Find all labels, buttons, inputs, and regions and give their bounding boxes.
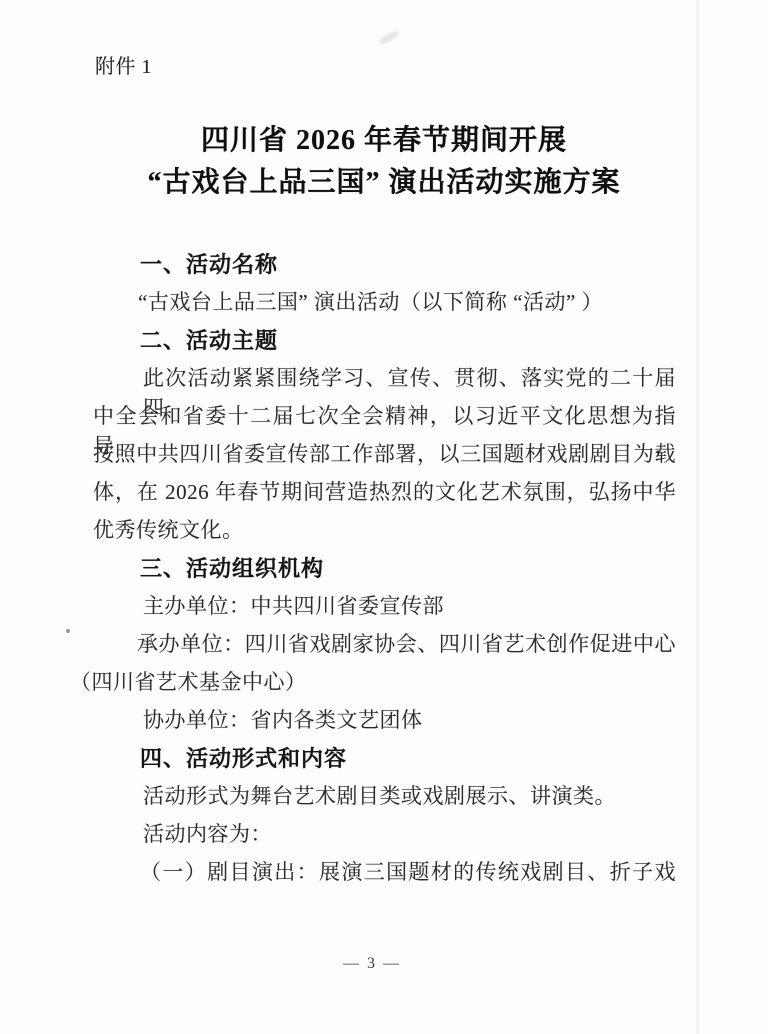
section-3-heading: 三、活动组织机构 (140, 552, 324, 583)
co-organizer-unit-line: 协办单位：省内各类文艺团体 (143, 704, 423, 734)
attachment-label: 附件 1 (95, 50, 152, 79)
document-title-line1: 四川省 2026 年春节期间开展 (40, 118, 728, 158)
organizer-unit-line: 承办单位：四川省戏剧家协会、四川省艺术创作促进中心 (137, 628, 676, 658)
activity-content-item-1-line: （一）剧目演出：展演三国题材的传统戏剧目、折子戏 (140, 856, 676, 886)
host-unit-line: 主办单位：中共四川省委宣传部 (143, 590, 444, 620)
section-1-body: “古戏台上品三国” 演出活动（以下简称 “活动” ） (138, 286, 603, 316)
page-number: — 3 — (0, 955, 744, 973)
document-page: 附件 1 四川省 2026 年春节期间开展 “古戏台上品三国” 演出活动实施方案… (0, 0, 768, 1034)
document-title-line2: “古戏台上品三国” 演出活动实施方案 (40, 160, 728, 200)
section-2-heading: 二、活动主题 (140, 324, 278, 355)
section-2-paragraph-line-4: 体，在 2026 年春节期间营造热烈的文化艺术氛围，弘扬中华 (93, 476, 676, 506)
organizer-unit-continuation-line: （四川省艺术基金中心） (70, 666, 307, 696)
activity-form-line: 活动形式为舞台艺术剧目类或戏剧展示、讲演类。 (143, 780, 616, 810)
section-1-heading: 一、活动名称 (140, 248, 278, 279)
scan-dot-artifact (66, 629, 70, 633)
activity-content-intro-line: 活动内容为： (143, 818, 272, 848)
scan-streak-artifact (696, 0, 699, 1034)
section-2-paragraph-line-5: 优秀传统文化。 (93, 514, 244, 544)
section-4-heading: 四、活动形式和内容 (140, 742, 347, 773)
scan-smudge-artifact (378, 29, 401, 46)
section-2-paragraph-line-3: 按照中共四川省委宣传部工作部署，以三国题材戏剧剧目为载 (93, 438, 676, 468)
